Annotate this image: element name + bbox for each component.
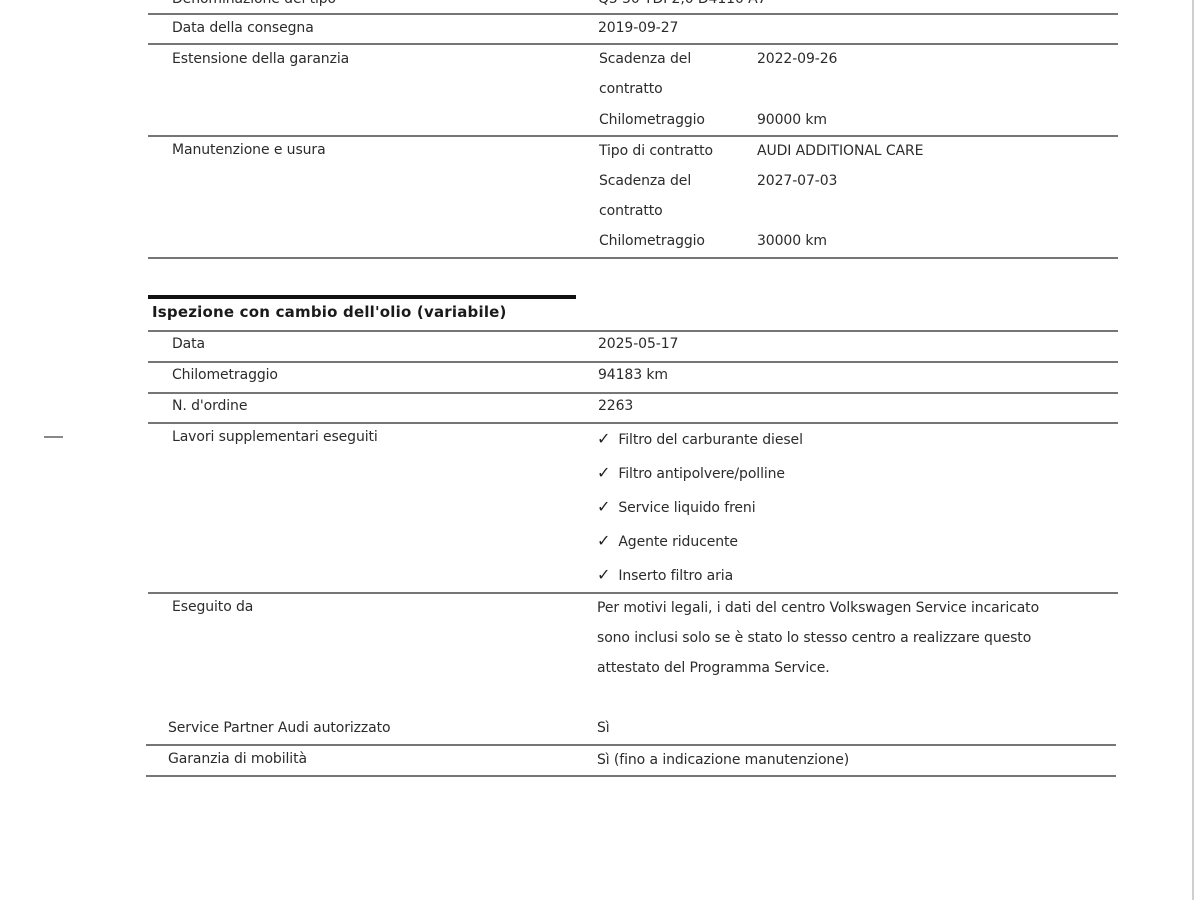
delivery-date-value: 2019-09-27 xyxy=(598,19,678,37)
performed-by-note-line: attestato del Programma Service. xyxy=(597,659,830,677)
section-heading-bar xyxy=(148,295,576,299)
extra-work-item: ✓Inserto filtro aria xyxy=(597,566,733,585)
warranty-mileage-key: Chilometraggio xyxy=(599,111,705,129)
checkmark-icon: ✓ xyxy=(597,531,610,550)
row-divider xyxy=(148,422,1118,424)
extra-work-item: ✓Service liquido freni xyxy=(597,498,756,517)
row-divider xyxy=(148,43,1118,45)
row-divider xyxy=(148,13,1118,15)
extra-work-label: Lavori supplementari eseguiti xyxy=(172,428,378,446)
maintenance-expiry-key: Scadenza del xyxy=(599,172,691,190)
extra-work-item: ✓Agente riducente xyxy=(597,532,738,551)
delivery-date-label: Data della consegna xyxy=(172,19,314,37)
performed-by-label: Eseguito da xyxy=(172,598,253,616)
warranty-expiry-key-cont: contratto xyxy=(599,80,663,98)
maintenance-mileage-key: Chilometraggio xyxy=(599,232,705,250)
row-divider xyxy=(148,135,1118,137)
maintenance-expiry-key-cont: contratto xyxy=(599,202,663,220)
inspection-date-label: Data xyxy=(172,335,205,353)
row-divider xyxy=(148,592,1118,594)
row-divider xyxy=(146,744,1116,746)
performed-by-note-line: Per motivi legali, i dati del centro Vol… xyxy=(597,599,1039,617)
row-divider xyxy=(148,330,1118,332)
inspection-mileage-label: Chilometraggio xyxy=(172,366,278,384)
mobility-guarantee-value: Sì (fino a indicazione manutenzione) xyxy=(597,751,849,769)
row-divider xyxy=(146,775,1116,777)
maintenance-expiry-value: 2027-07-03 xyxy=(757,172,837,190)
warranty-expiry-value: 2022-09-26 xyxy=(757,50,837,68)
inspection-mileage-value: 94183 km xyxy=(598,366,668,384)
maintenance-mileage-value: 30000 km xyxy=(757,232,827,250)
scan-edge-line xyxy=(1192,0,1194,900)
row-divider xyxy=(148,392,1118,394)
authorized-partner-value: Sì xyxy=(597,719,610,737)
contract-type-key: Tipo di contratto xyxy=(599,142,713,160)
order-number-label: N. d'ordine xyxy=(172,397,247,415)
checkmark-icon: ✓ xyxy=(597,565,610,584)
checkmark-icon: ✓ xyxy=(597,429,610,448)
order-number-value: 2263 xyxy=(598,397,633,415)
warranty-mileage-value: 90000 km xyxy=(757,111,827,129)
authorized-partner-label: Service Partner Audi autorizzato xyxy=(168,719,390,737)
scan-margin-mark xyxy=(44,436,63,438)
type-name-value: Q5 50 TDI 2,0 D4110 A7 xyxy=(598,0,766,8)
service-document-page: Denominazione del tipo Q5 50 TDI 2,0 D41… xyxy=(0,0,1200,900)
extra-work-item: ✓Filtro del carburante diesel xyxy=(597,430,803,449)
warranty-expiry-key: Scadenza del xyxy=(599,50,691,68)
extra-work-item: ✓Filtro antipolvere/polline xyxy=(597,464,785,483)
section-heading: Ispezione con cambio dell'olio (variabil… xyxy=(152,303,507,321)
row-divider xyxy=(148,361,1118,363)
performed-by-note-line: sono inclusi solo se è stato lo stesso c… xyxy=(597,629,1031,647)
checkmark-icon: ✓ xyxy=(597,497,610,516)
contract-type-value: AUDI ADDITIONAL CARE xyxy=(757,142,923,160)
row-divider xyxy=(148,257,1118,259)
type-name-label: Denominazione del tipo xyxy=(172,0,336,8)
inspection-date-value: 2025-05-17 xyxy=(598,335,678,353)
warranty-extension-label: Estensione della garanzia xyxy=(172,50,349,68)
mobility-guarantee-label: Garanzia di mobilità xyxy=(168,750,307,768)
checkmark-icon: ✓ xyxy=(597,463,610,482)
maintenance-label: Manutenzione e usura xyxy=(172,141,326,159)
